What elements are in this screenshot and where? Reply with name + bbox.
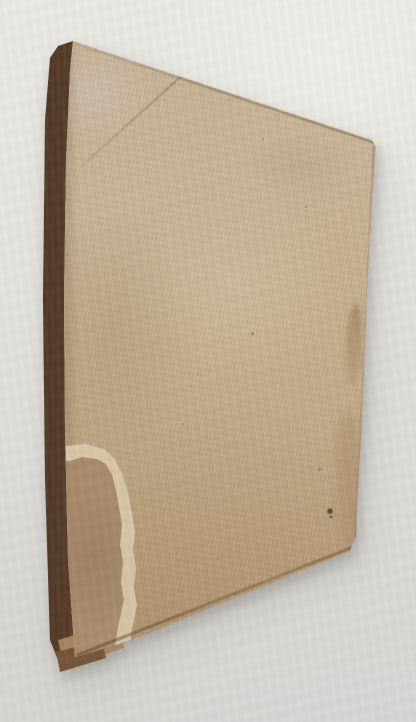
foxing-speck [217,558,219,560]
right-edge-toning-band [334,409,367,552]
cover-top-edge [72,42,376,144]
foxing-speck [305,206,307,208]
booklet [0,0,416,722]
foxing-speck [251,332,254,335]
foxing-speck [262,138,264,140]
photo-scene [0,0,416,722]
foxing-speck [182,423,184,425]
wormhole-mark [326,508,334,516]
foxing-speck [318,468,321,471]
crease-line [75,76,182,173]
